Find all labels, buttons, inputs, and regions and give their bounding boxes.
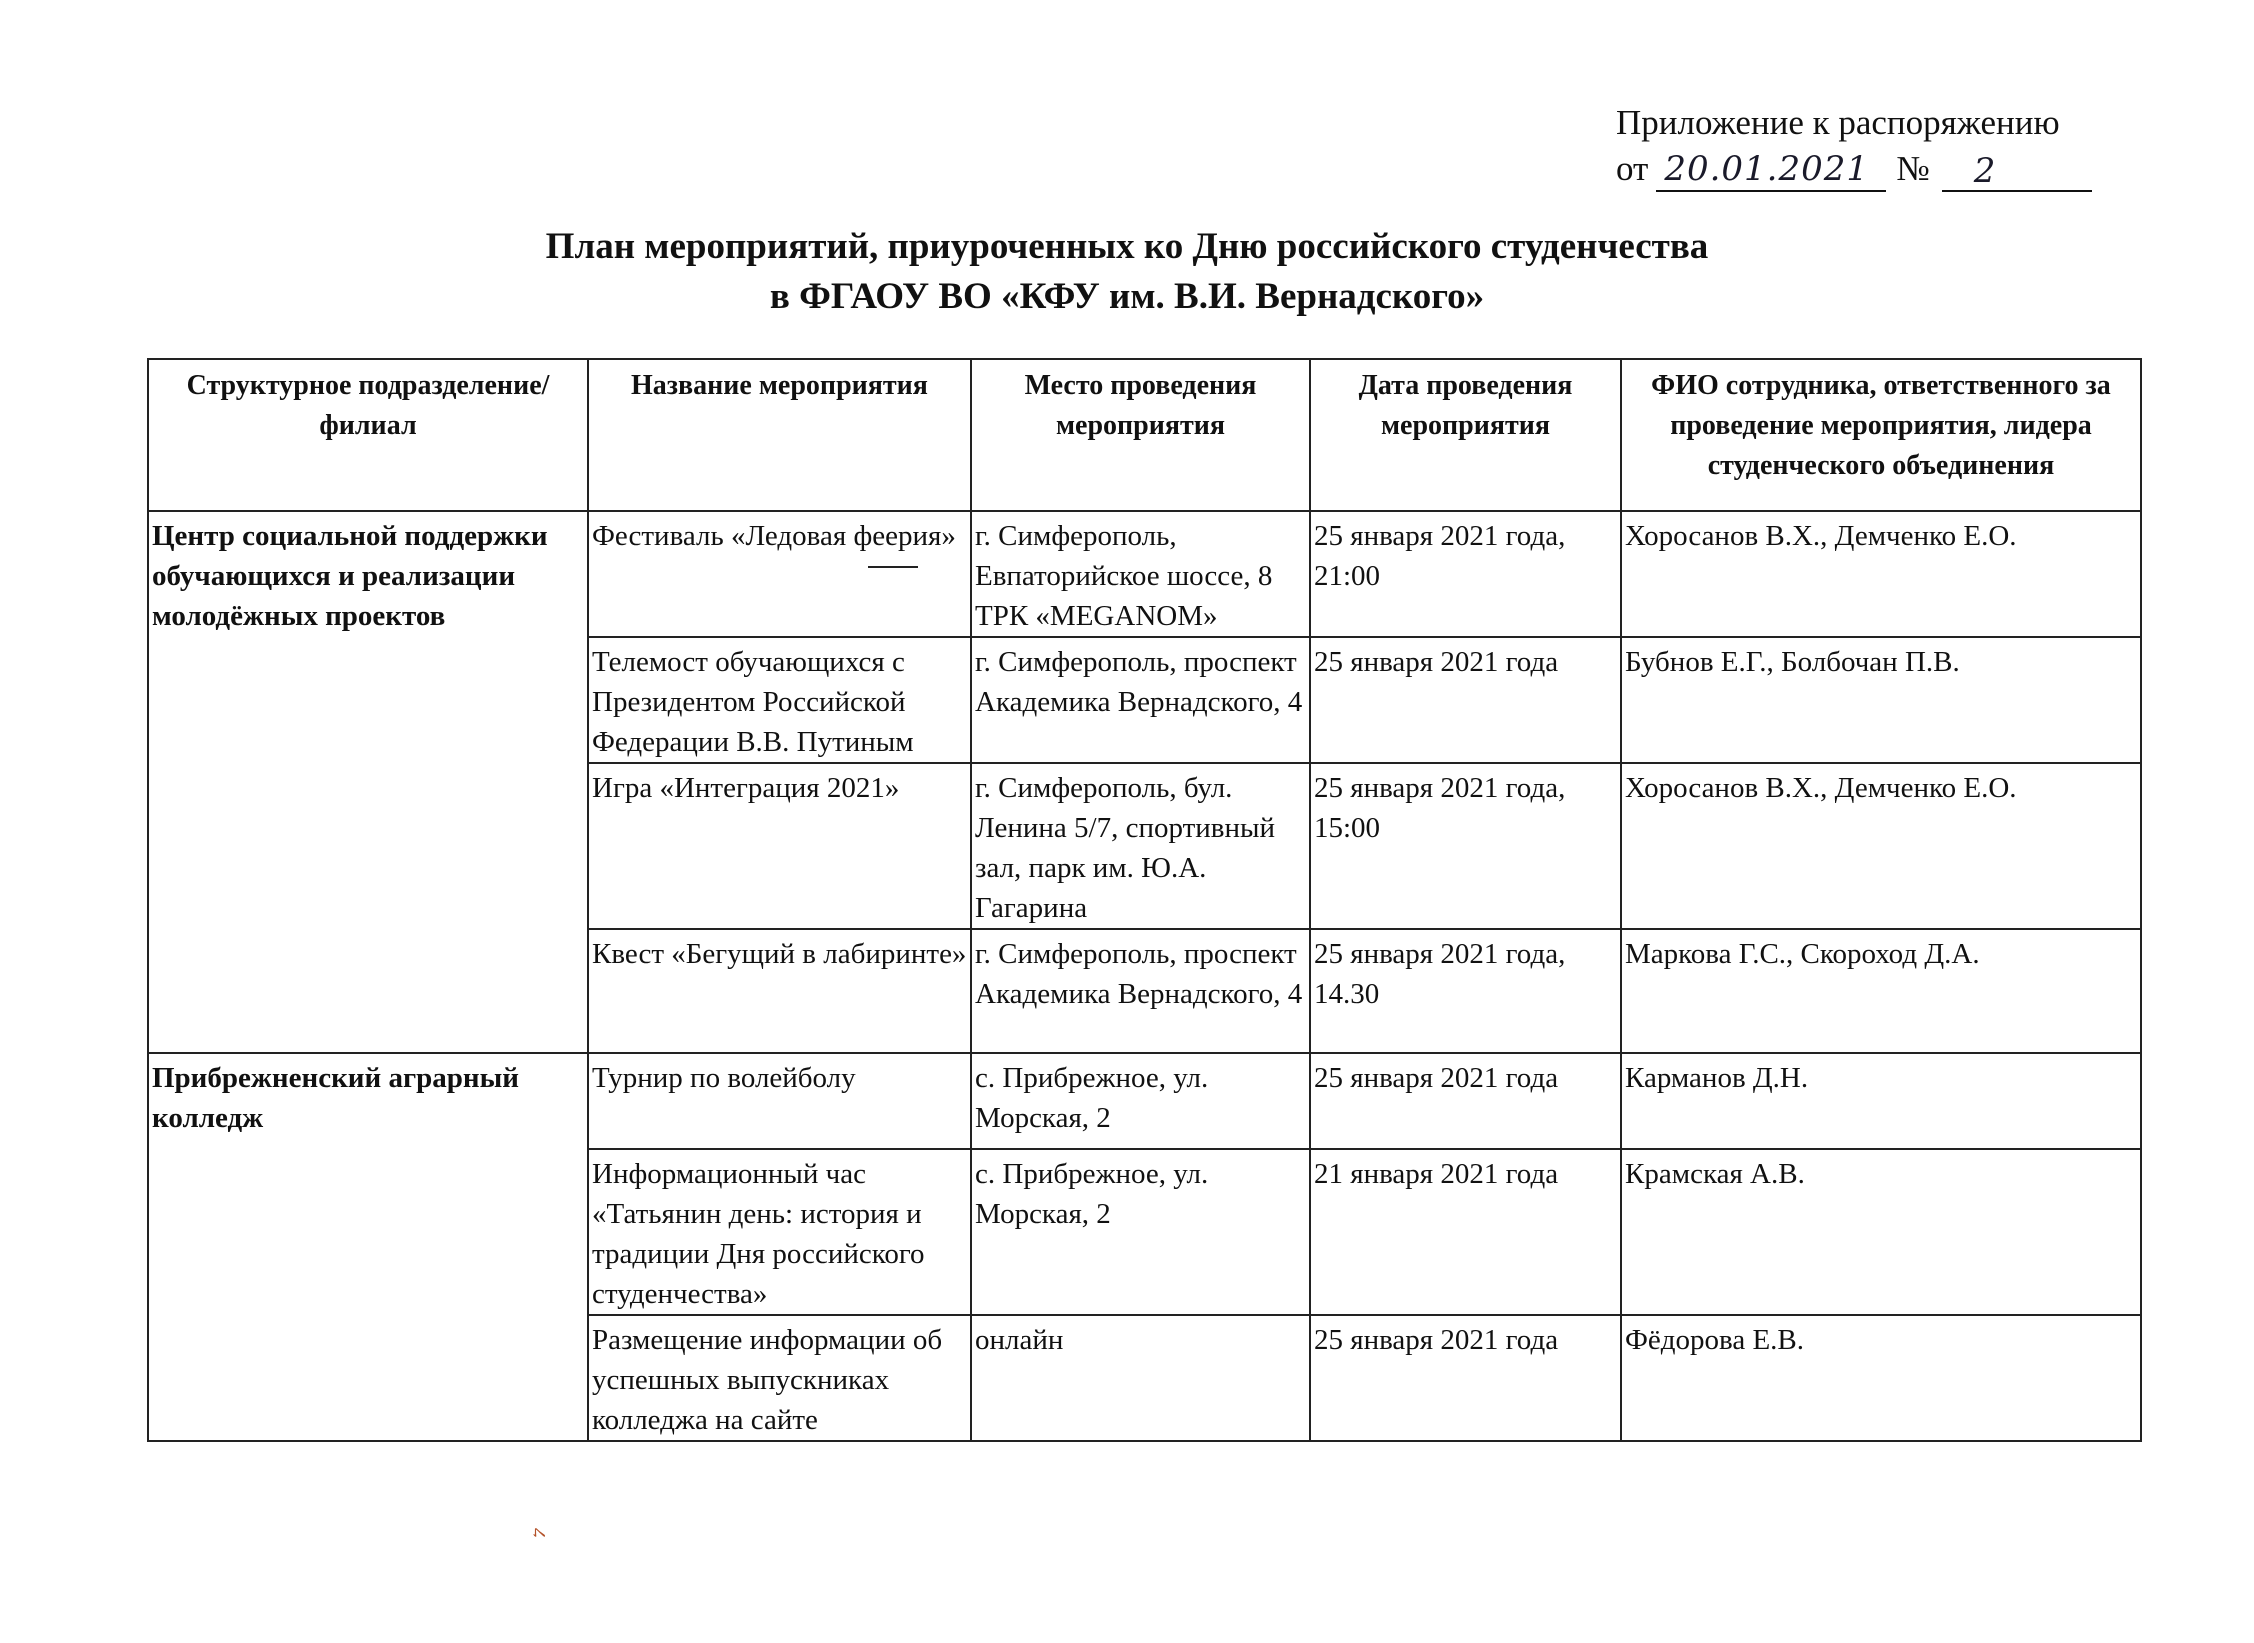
event-cell: Турнир по волейболу	[588, 1053, 971, 1149]
responsible-cell: Карманов Д.Н.	[1621, 1053, 2141, 1149]
event-cell: Фестиваль «Ледовая феерия»	[588, 511, 971, 637]
place-cell: г. Симферополь, проспект Академика Верна…	[971, 637, 1310, 763]
table-header-row: Структурное подразделение/филиал Названи…	[148, 359, 2141, 511]
order-number-handwritten: 2	[1942, 152, 2092, 192]
place-cell: с. Прибрежное, ул. Морская, 2	[971, 1149, 1310, 1315]
table-row: Центр социальной поддержки обучающихся и…	[148, 511, 2141, 637]
place-cell: с. Прибрежное, ул. Морская, 2	[971, 1053, 1310, 1149]
place-cell: онлайн	[971, 1315, 1310, 1441]
date-cell: 25 января 2021 года	[1310, 1315, 1621, 1441]
responsible-cell: Бубнов Е.Г., Болбочан П.В.	[1621, 637, 2141, 763]
number-label: №	[1896, 146, 1929, 192]
events-plan-table: Структурное подразделение/филиал Названи…	[147, 358, 2142, 1442]
column-header-responsible: ФИО сотрудника, ответственного за провед…	[1621, 359, 2141, 511]
place-cell: г. Симферополь, бул. Ленина 5/7, спортив…	[971, 763, 1310, 929]
responsible-cell: Крамская А.В.	[1621, 1149, 2141, 1315]
responsible-cell: Хоросанов В.Х., Демченко Е.О.	[1621, 763, 2141, 929]
ink-stain-mark: ﾍ	[530, 1520, 551, 1545]
date-cell: 25 января 2021 года	[1310, 637, 1621, 763]
responsible-cell: Хоросанов В.Х., Демченко Е.О.	[1621, 511, 2141, 637]
appendix-reference: от 20.01.2021 № 2	[1616, 146, 2116, 192]
column-header-event: Название мероприятия	[588, 359, 971, 511]
column-header-date: Дата проведения мероприятия	[1310, 359, 1621, 511]
order-date-handwritten: 20.01.2021	[1656, 150, 1886, 192]
date-cell: 21 января 2021 года	[1310, 1149, 1621, 1315]
table-row: Прибрежненский аграрный колледж Турнир п…	[148, 1053, 2141, 1149]
appendix-header: Приложение к распоряжению от 20.01.2021 …	[1616, 100, 2116, 192]
date-cell: 25 января 2021 года, 21:00	[1310, 511, 1621, 637]
unit-cell: Прибрежненский аграрный колледж	[148, 1053, 588, 1441]
date-cell: 25 января 2021 года	[1310, 1053, 1621, 1149]
appendix-title: Приложение к распоряжению	[1616, 100, 2116, 146]
event-cell: Информационный час «Татьянин день: истор…	[588, 1149, 971, 1315]
event-cell: Размещение информации об успешных выпуск…	[588, 1315, 971, 1441]
column-header-place: Место проведения мероприятия	[971, 359, 1310, 511]
from-label: от	[1616, 146, 1648, 192]
date-cell: 25 января 2021 года, 14.30	[1310, 929, 1621, 1053]
responsible-cell: Фёдорова Е.В.	[1621, 1315, 2141, 1441]
date-cell: 25 января 2021 года, 15:00	[1310, 763, 1621, 929]
column-header-unit: Структурное подразделение/филиал	[148, 359, 588, 511]
event-cell: Игра «Интеграция 2021»	[588, 763, 971, 929]
event-cell: Телемост обучающихся с Президентом Росси…	[588, 637, 971, 763]
document-title: План мероприятий, приуроченных ко Дню ро…	[0, 222, 2254, 322]
place-cell: г. Симферополь, проспект Академика Верна…	[971, 929, 1310, 1053]
title-line-2: в ФГАОУ ВО «КФУ им. В.И. Вернадского»	[0, 272, 2254, 322]
title-line-1: План мероприятий, приуроченных ко Дню ро…	[0, 222, 2254, 272]
event-cell: Квест «Бегущий в лабиринте»	[588, 929, 971, 1053]
unit-cell: Центр социальной поддержки обучающихся и…	[148, 511, 588, 1053]
scan-line-artifact	[868, 566, 918, 568]
responsible-cell: Маркова Г.С., Скороход Д.А.	[1621, 929, 2141, 1053]
place-cell: г. Симферополь, Евпаторийское шоссе, 8 Т…	[971, 511, 1310, 637]
